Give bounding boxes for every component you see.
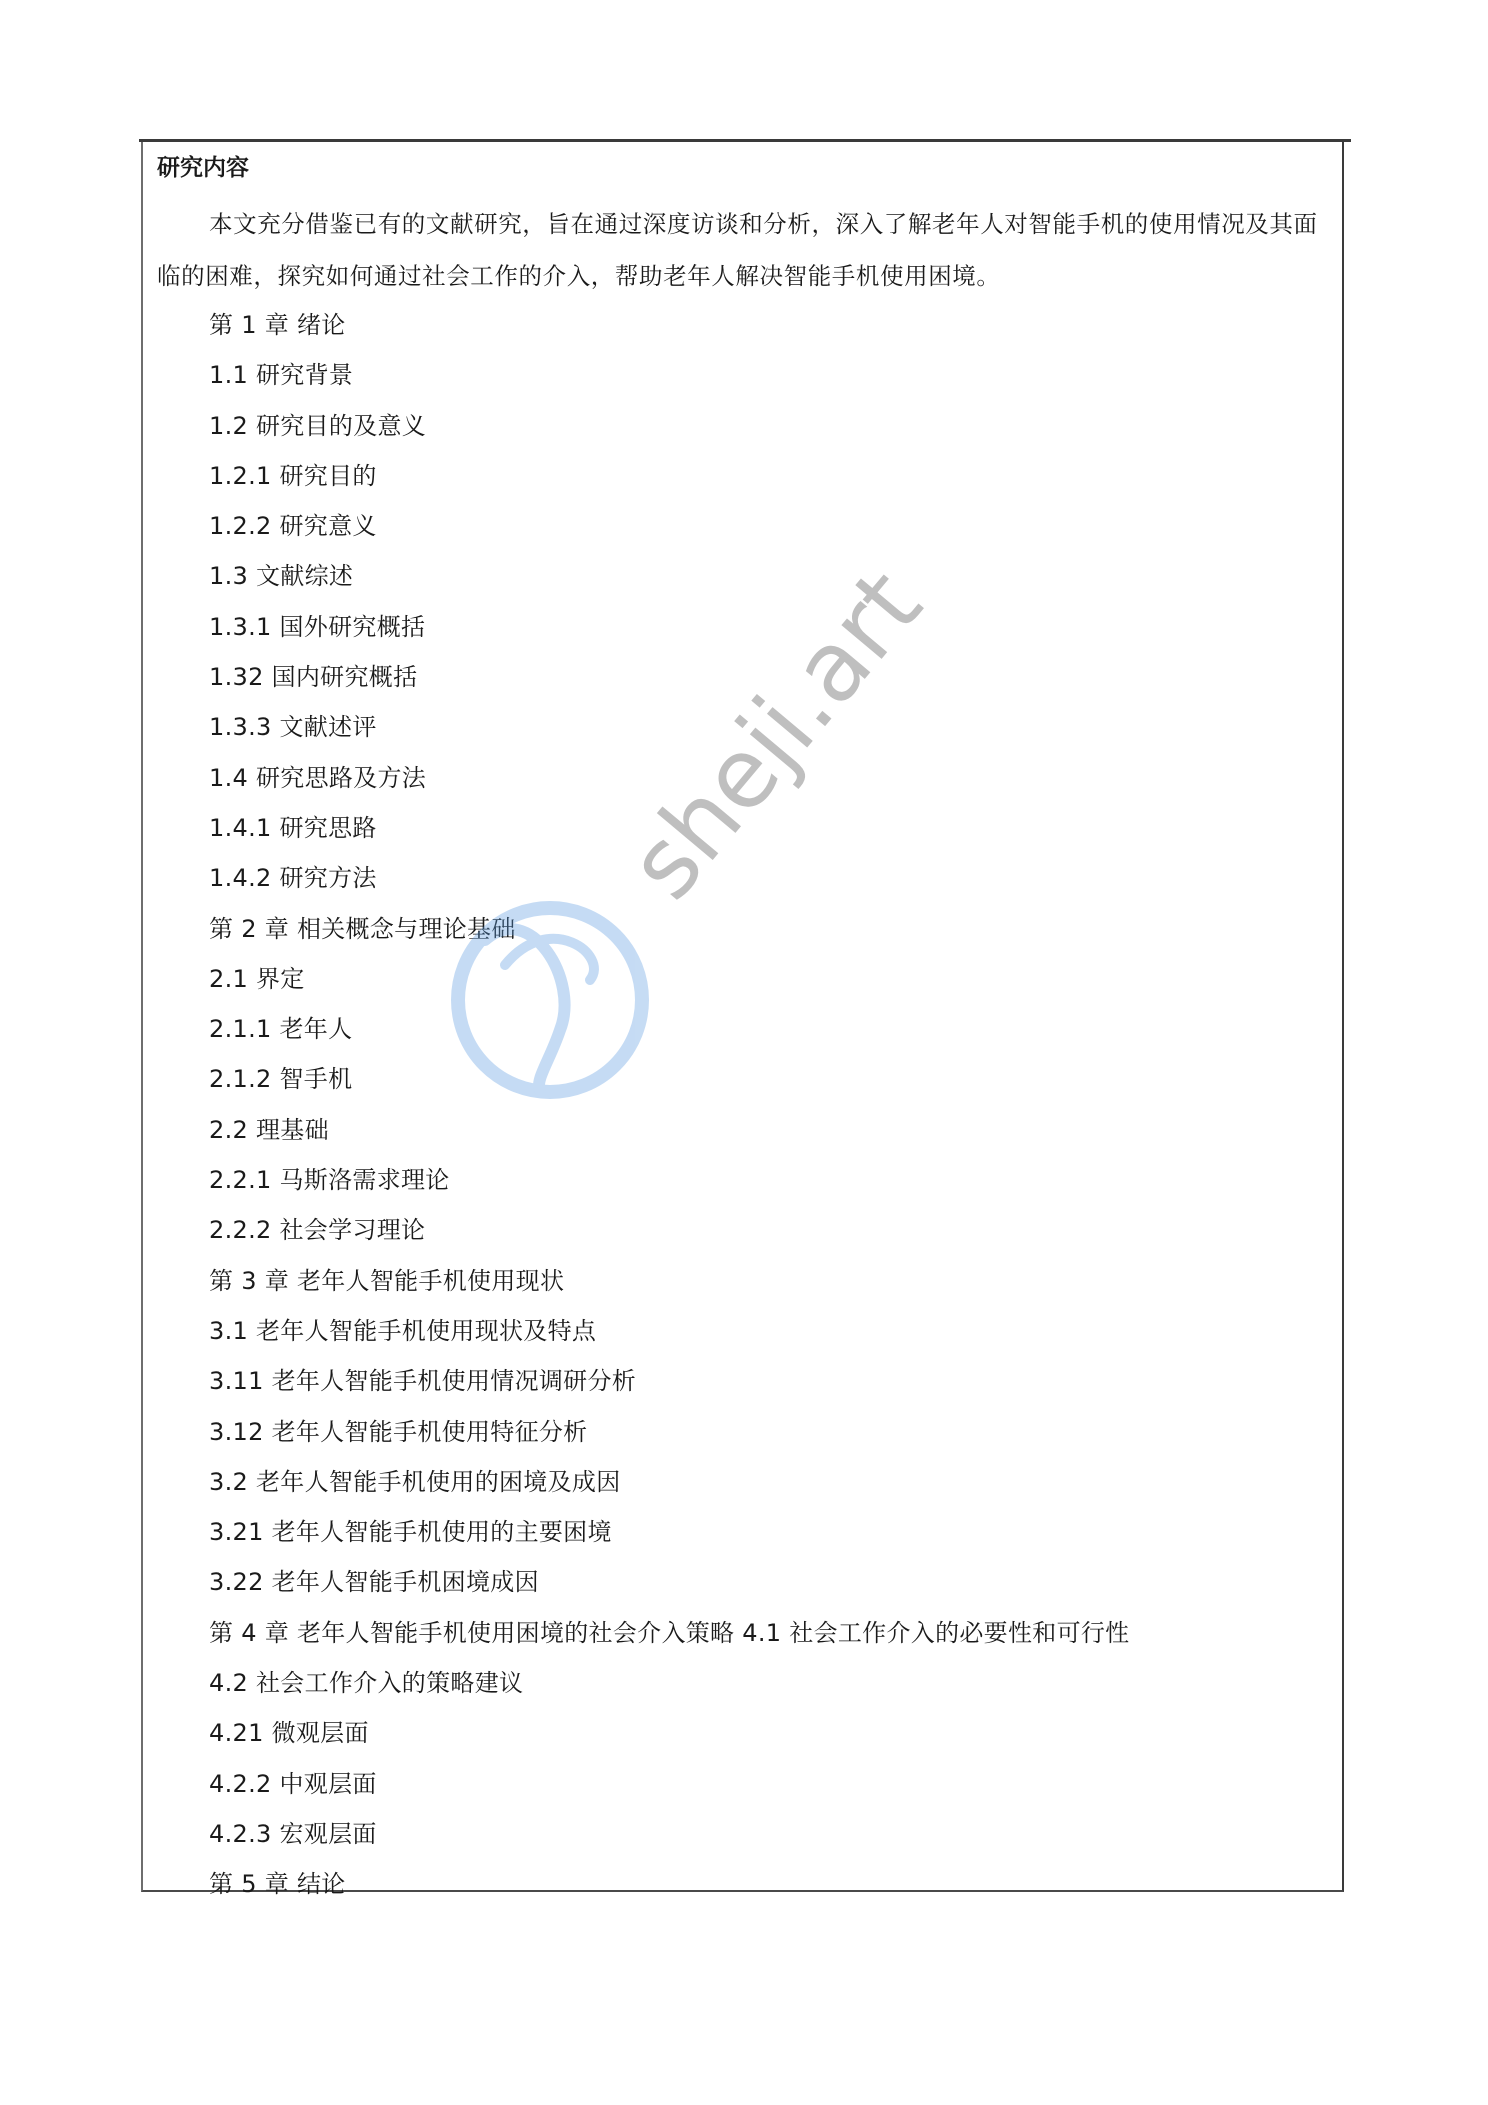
toc-item: 3.1 老年人智能手机使用现状及特点	[209, 1306, 1129, 1356]
toc-item: 1.2.1 研究目的	[209, 451, 1129, 501]
toc-item: 3.12 老年人智能手机使用特征分析	[209, 1407, 1129, 1457]
toc-item: 1.4.1 研究思路	[209, 803, 1129, 853]
toc-item: 2.2.2 社会学习理论	[209, 1205, 1129, 1255]
toc-item: 1.3.1 国外研究概括	[209, 602, 1129, 652]
toc-item: 4.2.3 宏观层面	[209, 1809, 1129, 1859]
toc-item: 1.3 文献综述	[209, 551, 1129, 601]
table-of-contents: 第 1 章 绪论 1.1 研究背景 1.2 研究目的及意义 1.2.1 研究目的…	[209, 300, 1129, 1910]
toc-item: 1.3.3 文献述评	[209, 702, 1129, 752]
toc-item: 4.21 微观层面	[209, 1708, 1129, 1758]
toc-item: 2.1.2 智手机	[209, 1054, 1129, 1104]
section-heading: 研究内容	[157, 151, 249, 185]
toc-item: 第 5 章 结论	[209, 1859, 1129, 1909]
toc-item: 1.4.2 研究方法	[209, 853, 1129, 903]
toc-item: 2.2 理基础	[209, 1105, 1129, 1155]
toc-item: 3.2 老年人智能手机使用的困境及成因	[209, 1457, 1129, 1507]
document-page: 研究内容 本文充分借鉴已有的文献研究，旨在通过深度访谈和分析，深入了解老年人对智…	[0, 0, 1488, 2105]
toc-item: 2.1 界定	[209, 954, 1129, 1004]
toc-item: 第 2 章 相关概念与理论基础	[209, 904, 1129, 954]
toc-item: 2.2.1 马斯洛需求理论	[209, 1155, 1129, 1205]
intro-paragraph: 本文充分借鉴已有的文献研究，旨在通过深度访谈和分析，深入了解老年人对智能手机的使…	[157, 198, 1337, 302]
toc-item: 1.2.2 研究意义	[209, 501, 1129, 551]
toc-item: 1.1 研究背景	[209, 350, 1129, 400]
toc-item: 3.11 老年人智能手机使用情况调研分析	[209, 1356, 1129, 1406]
toc-item: 3.21 老年人智能手机使用的主要困境	[209, 1507, 1129, 1557]
toc-item: 4.2.2 中观层面	[209, 1759, 1129, 1809]
toc-item: 1.4 研究思路及方法	[209, 753, 1129, 803]
toc-item: 1.2 研究目的及意义	[209, 401, 1129, 451]
toc-item: 1.32 国内研究概括	[209, 652, 1129, 702]
toc-item: 3.22 老年人智能手机困境成因	[209, 1557, 1129, 1607]
toc-item: 2.1.1 老年人	[209, 1004, 1129, 1054]
toc-item: 第 1 章 绪论	[209, 300, 1129, 350]
toc-item: 第 3 章 老年人智能手机使用现状	[209, 1256, 1129, 1306]
toc-item: 4.2 社会工作介入的策略建议	[209, 1658, 1129, 1708]
toc-item: 第 4 章 老年人智能手机使用困境的社会介入策略 4.1 社会工作介入的必要性和…	[209, 1608, 1129, 1658]
